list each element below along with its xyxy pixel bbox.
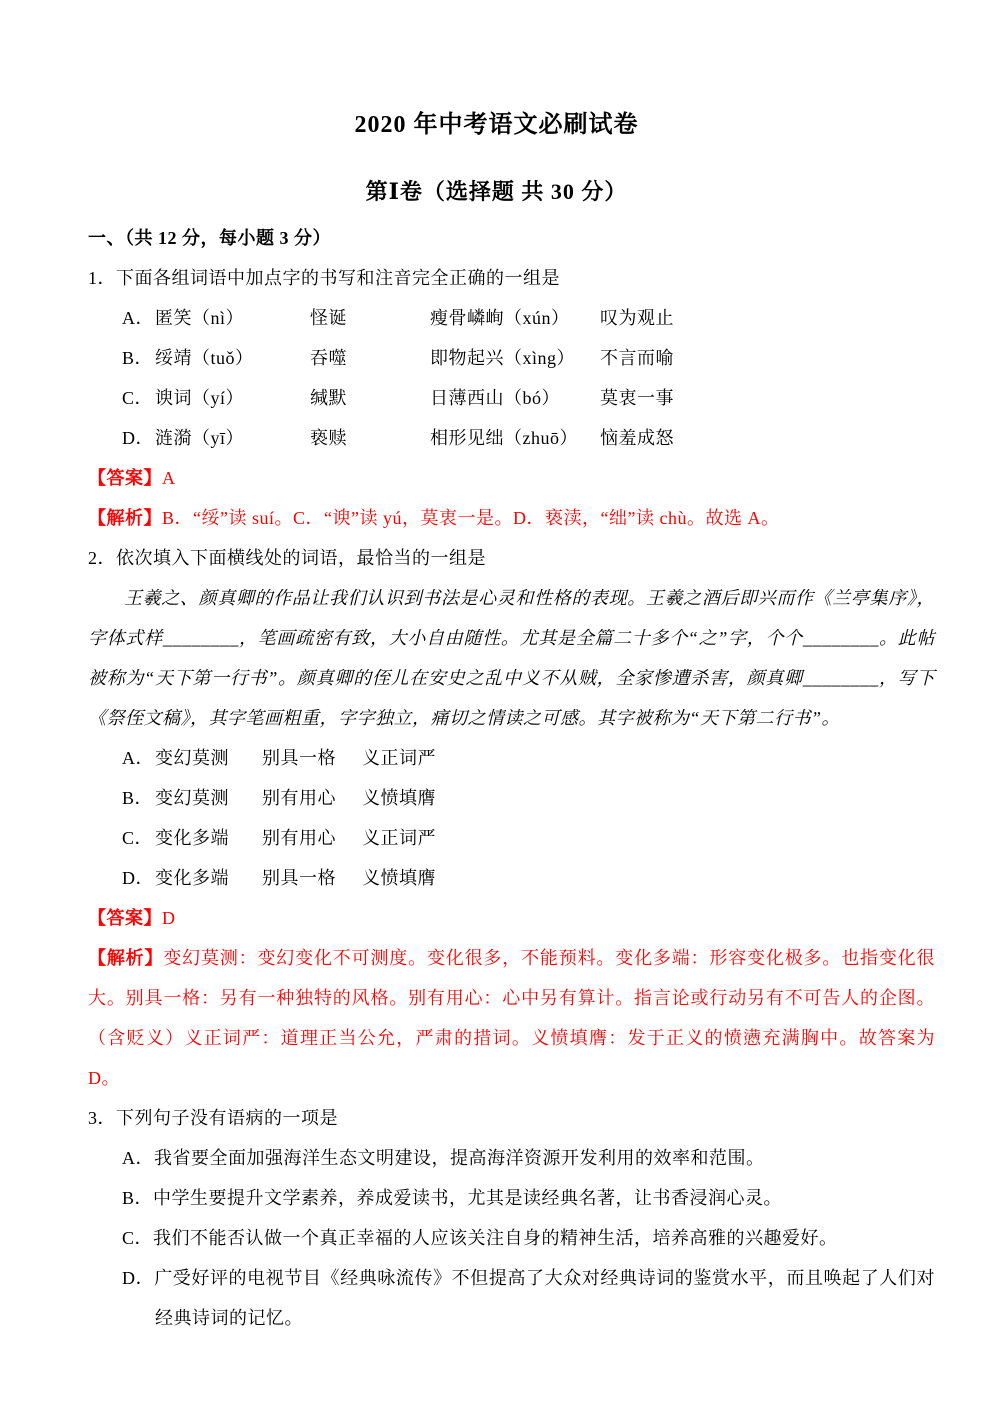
option-word: 缄默	[310, 378, 430, 418]
q2-passage: 王羲之、颜真卿的作品让我们认识到书法是心灵和性格的表现。王羲之酒后即兴而作《兰亭…	[88, 578, 935, 738]
option-label: C．	[122, 378, 155, 418]
option-word: 别有用心	[262, 778, 362, 818]
option-word: 别具一格	[262, 858, 362, 898]
q2-option-c: C． 变化多端 别有用心 义正词严	[122, 818, 935, 858]
section-header: 一、（共 12 分，每小题 3 分）	[88, 218, 935, 258]
option-word: 变幻莫测	[155, 738, 262, 778]
option-word: 别具一格	[262, 738, 362, 778]
q1-option-b: B． 绥靖（tuǒ） 吞噬 即物起兴（xìng） 不言而喻	[122, 338, 935, 378]
option-label: C．	[122, 1228, 153, 1248]
option-word: 涟漪（yī）	[155, 418, 310, 458]
q1-analysis: 【解析】B．“绥”读 suí。C．“谀”读 yú，莫衷一是。D．亵渎，“绌”读 …	[88, 498, 935, 538]
option-label: D．	[122, 1268, 154, 1288]
q1-option-a: A． 匿笑（nì） 怪诞 瘦骨嶙峋（xún） 叹为观止	[122, 298, 935, 338]
question-3: 3．下列句子没有语病的一项是 A．我省要全面加强海洋生态文明建设，提高海洋资源开…	[88, 1098, 935, 1338]
option-word: 怪诞	[310, 298, 430, 338]
option-word: 恼羞成怒	[600, 418, 935, 458]
option-word: 义正词严	[362, 818, 935, 858]
analysis-label: 【解析】	[88, 508, 162, 528]
answer-value: A	[162, 468, 176, 488]
option-label: A．	[122, 738, 155, 778]
option-word: 变幻莫测	[155, 778, 262, 818]
option-word: 瘦骨嶙峋（xún）	[430, 298, 600, 338]
q2-option-b: B． 变幻莫测 别有用心 义愤填膺	[122, 778, 935, 818]
exam-body: 一、（共 12 分，每小题 3 分） 1．下面各组词语中加点字的书写和注音完全正…	[0, 218, 993, 1338]
option-label: B．	[122, 1188, 153, 1208]
option-word: 绥靖（tuǒ）	[155, 338, 310, 378]
q3-option-a: A．我省要全面加强海洋生态文明建设，提高海洋资源开发利用的效率和范围。	[88, 1138, 935, 1178]
option-word: 日薄西山（bó）	[430, 378, 600, 418]
option-text: 我们不能否认做一个真正幸福的人应该关注自身的精神生活，培养高雅的兴趣爱好。	[153, 1228, 838, 1248]
option-label: A．	[122, 298, 155, 338]
exam-paper-page: 2020 年中考语文必刷试卷 第Ⅰ卷（选择题 共 30 分） 一、（共 12 分…	[0, 0, 993, 1404]
option-label: A．	[122, 1148, 154, 1168]
option-text: 广受好评的电视节目《经典咏流传》不但提高了大众对经典诗词的鉴赏水平，而且唤起了人…	[154, 1268, 935, 1328]
volume-title: 第Ⅰ卷（选择题 共 30 分）	[0, 178, 993, 206]
q3-option-c: C．我们不能否认做一个真正幸福的人应该关注自身的精神生活，培养高雅的兴趣爱好。	[88, 1218, 935, 1258]
option-word: 相形见绌（zhuō）	[430, 418, 600, 458]
option-word: 谀词（yí）	[155, 378, 310, 418]
answer-label: 【答案】	[88, 908, 162, 928]
option-text: 我省要全面加强海洋生态文明建设，提高海洋资源开发利用的效率和范围。	[154, 1148, 765, 1168]
q3-option-d: D．广受好评的电视节目《经典咏流传》不但提高了大众对经典诗词的鉴赏水平，而且唤起…	[88, 1258, 935, 1338]
option-word: 义正词严	[362, 738, 935, 778]
q1-answer: 【答案】A	[88, 458, 935, 498]
option-word: 不言而喻	[600, 338, 935, 378]
q2-answer: 【答案】D	[88, 898, 935, 938]
option-label: C．	[122, 818, 155, 858]
option-word: 变化多端	[155, 818, 262, 858]
doc-title: 2020 年中考语文必刷试卷	[0, 0, 993, 140]
option-word: 变化多端	[155, 858, 262, 898]
q2-option-d: D． 变化多端 别具一格 义愤填膺	[122, 858, 935, 898]
q2-stem: 2．依次填入下面横线处的词语，最恰当的一组是	[88, 538, 935, 578]
q2-option-a: A． 变幻莫测 别具一格 义正词严	[122, 738, 935, 778]
option-label: B．	[122, 338, 155, 378]
analysis-text: 变幻莫测：变幻变化不可测度。变化很多，不能预料。变化多端：形容变化极多。也指变化…	[88, 948, 935, 1088]
option-word: 别有用心	[262, 818, 362, 858]
option-word: 即物起兴（xìng）	[430, 338, 600, 378]
option-label: D．	[122, 418, 155, 458]
q3-option-b: B．中学生要提升文学素养，养成爱读书，尤其是读经典名著，让书香浸润心灵。	[88, 1178, 935, 1218]
option-label: D．	[122, 858, 155, 898]
option-word: 吞噬	[310, 338, 430, 378]
option-word: 亵赎	[310, 418, 430, 458]
question-1: 1．下面各组词语中加点字的书写和注音完全正确的一组是 A． 匿笑（nì） 怪诞 …	[88, 258, 935, 538]
q3-stem: 3．下列句子没有语病的一项是	[88, 1098, 935, 1138]
option-word: 匿笑（nì）	[155, 298, 310, 338]
option-word: 义愤填膺	[362, 778, 935, 818]
option-word: 义愤填膺	[362, 858, 935, 898]
option-label: B．	[122, 778, 155, 818]
q1-option-c: C． 谀词（yí） 缄默 日薄西山（bó） 莫衷一事	[122, 378, 935, 418]
analysis-text: B．“绥”读 suí。C．“谀”读 yú，莫衷一是。D．亵渎，“绌”读 chù。…	[162, 508, 779, 528]
option-text: 中学生要提升文学素养，养成爱读书，尤其是读经典名著，让书香浸润心灵。	[153, 1188, 782, 1208]
answer-label: 【答案】	[88, 468, 162, 488]
answer-value: D	[162, 908, 176, 928]
option-word: 叹为观止	[600, 298, 935, 338]
q2-analysis: 【解析】变幻莫测：变幻变化不可测度。变化很多，不能预料。变化多端：形容变化极多。…	[88, 938, 935, 1098]
q1-stem: 1．下面各组词语中加点字的书写和注音完全正确的一组是	[88, 258, 935, 298]
option-word: 莫衷一事	[600, 378, 935, 418]
q1-option-d: D． 涟漪（yī） 亵赎 相形见绌（zhuō） 恼羞成怒	[122, 418, 935, 458]
analysis-label: 【解析】	[88, 948, 163, 968]
question-2: 2．依次填入下面横线处的词语，最恰当的一组是 王羲之、颜真卿的作品让我们认识到书…	[88, 538, 935, 1098]
